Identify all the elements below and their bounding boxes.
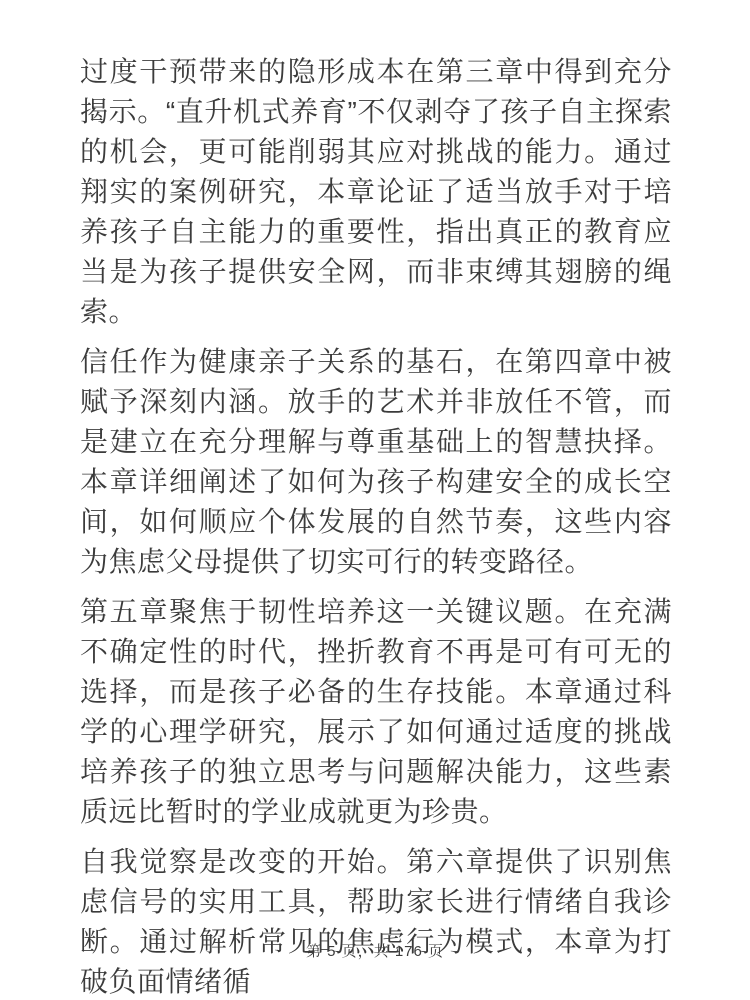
document-page: 过度干预带来的隐形成本在第三章中得到充分揭示。“直升机式养育”不仅剥夺了孩子自主… <box>0 0 750 1000</box>
body-paragraph: 第五章聚焦于韧性培养这一关键议题。在充满不确定性的时代，挫折教育不再是可有可无的… <box>80 592 672 832</box>
page-number-indicator: 第 5 页，共 176 页 <box>0 940 750 961</box>
body-paragraph: 过度干预带来的隐形成本在第三章中得到充分揭示。“直升机式养育”不仅剥夺了孩子自主… <box>80 52 672 332</box>
body-paragraph: 信任作为健康亲子关系的基石，在第四章中被赋予深刻内涵。放手的艺术并非放任不管，而… <box>80 342 672 582</box>
body-paragraph: 自我觉察是改变的开始。第六章提供了识别焦虑信号的实用工具，帮助家长进行情绪自我诊… <box>80 842 672 1000</box>
